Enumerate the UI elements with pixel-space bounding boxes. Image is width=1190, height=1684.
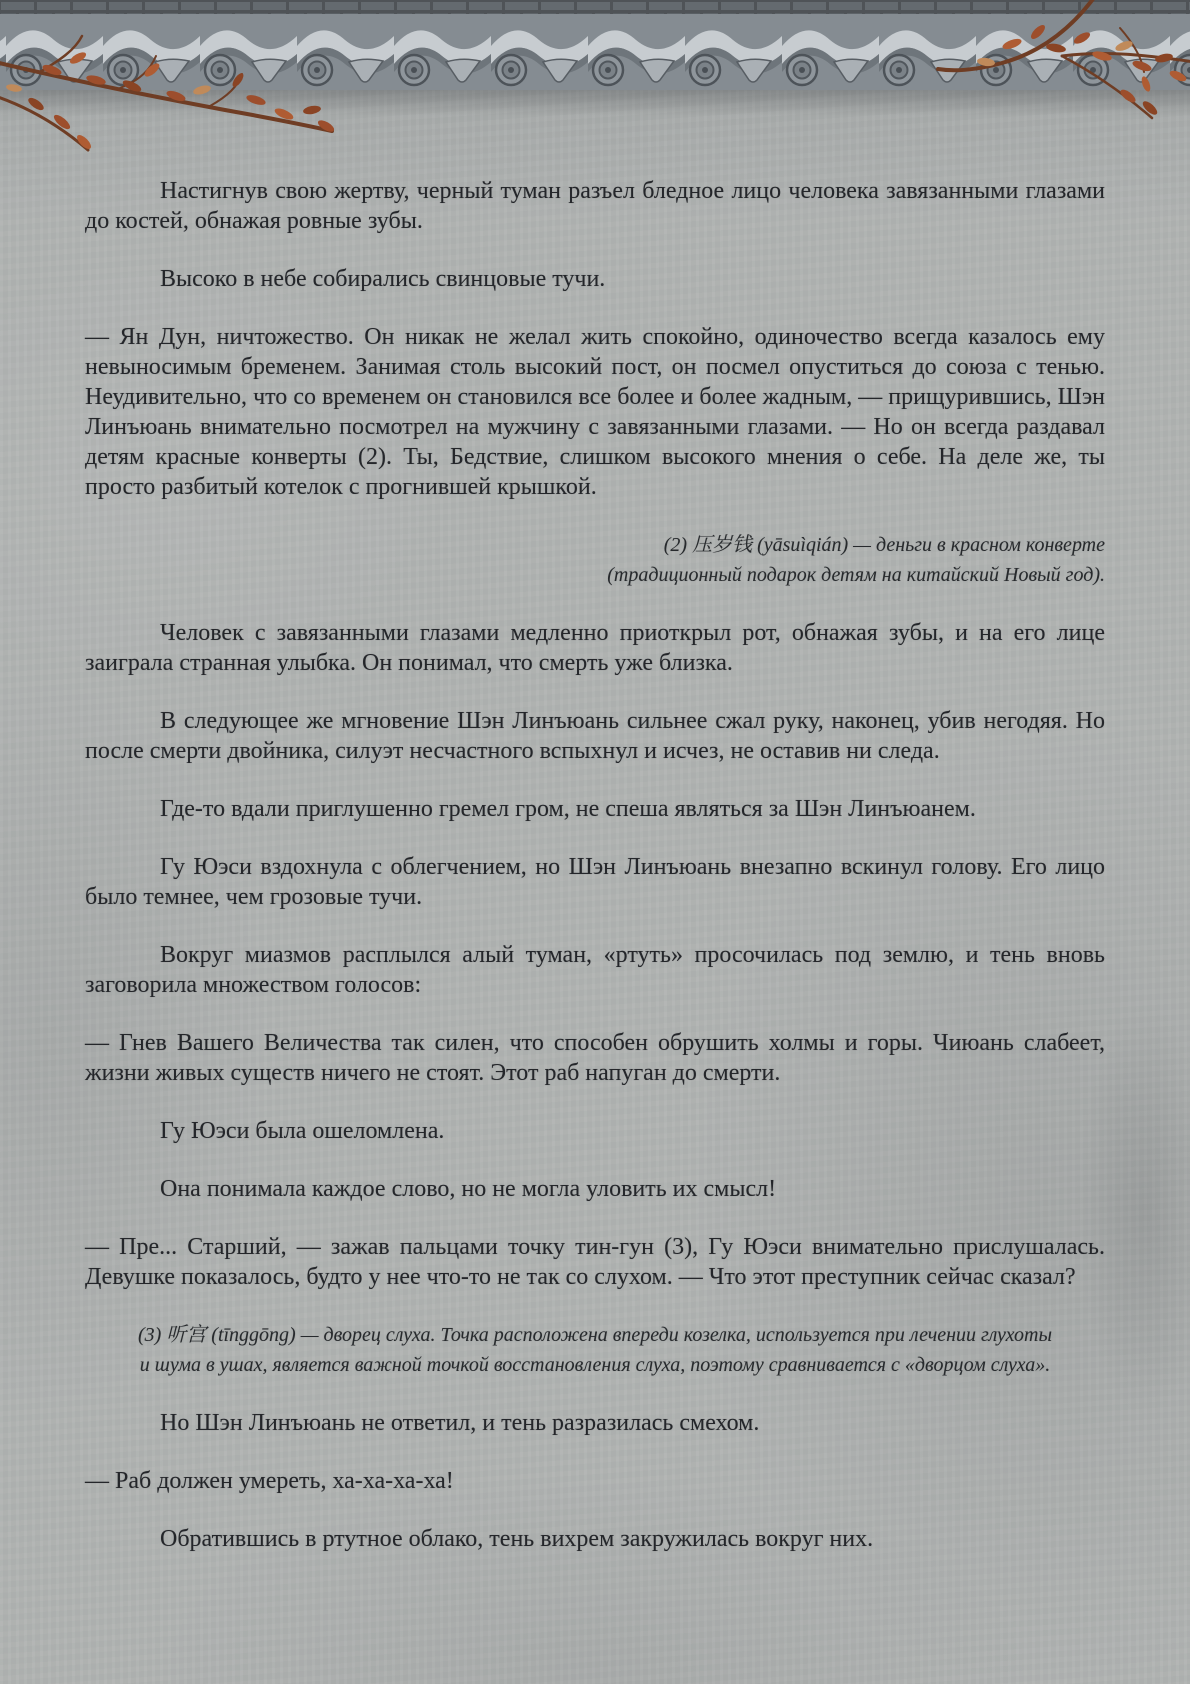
footnote-line: (3) 听宫 (tīnggōng) — дворец слуха. Точка … <box>85 1320 1105 1350</box>
roof-tiles-decoration <box>0 0 1190 160</box>
paragraph: В следующее же мгновение Шэн Линъюань си… <box>85 706 1105 766</box>
page-text: Настигнув свою жертву, черный туман разъ… <box>85 176 1105 1582</box>
footnote-2: (2) 压岁钱 (yāsuìqián) — деньги в красном к… <box>85 530 1105 590</box>
paragraph: Она понимала каждое слово, но не могла у… <box>85 1174 1105 1204</box>
paragraph: Вокруг миазмов расплылся алый туман, «рт… <box>85 940 1105 1000</box>
dialogue-paragraph: — Пре... Старший, — зажав пальцами точку… <box>85 1232 1105 1292</box>
paragraph: Где-то вдали приглушенно гремел гром, не… <box>85 794 1105 824</box>
paragraph: Гу Юэси вздохнула с облегчением, но Шэн … <box>85 852 1105 912</box>
footnote-3: (3) 听宫 (tīnggōng) — дворец слуха. Точка … <box>85 1320 1105 1380</box>
footnote-line: и шума в ушах, является важной точкой во… <box>85 1350 1105 1380</box>
paragraph: Гу Юэси была ошеломлена. <box>85 1116 1105 1146</box>
footnote-line: (традиционный подарок детям на китайский… <box>85 560 1105 590</box>
dialogue-paragraph: — Ян Дун, ничтожество. Он никак не желал… <box>85 322 1105 502</box>
paragraph: Человек с завязанными глазами медленно п… <box>85 618 1105 678</box>
paragraph: Высоко в небе собирались свинцовые тучи. <box>85 264 1105 294</box>
dialogue-paragraph: — Раб должен умереть, ха-ха-ха-ха! <box>85 1466 1105 1496</box>
paragraph: Настигнув свою жертву, черный туман разъ… <box>85 176 1105 236</box>
paragraph: Обратившись в ртутное облако, тень вихре… <box>85 1524 1105 1554</box>
dialogue-paragraph: — Гнев Вашего Величества так силен, что … <box>85 1028 1105 1088</box>
paragraph: Но Шэн Линъюань не ответил, и тень разра… <box>85 1408 1105 1438</box>
novel-page: { "page": { "background_color": "#b1b4b3… <box>0 0 1190 1684</box>
roof-eave-tiles <box>0 14 1190 90</box>
footnote-line: (2) 压岁钱 (yāsuìqián) — деньги в красном к… <box>85 530 1105 560</box>
